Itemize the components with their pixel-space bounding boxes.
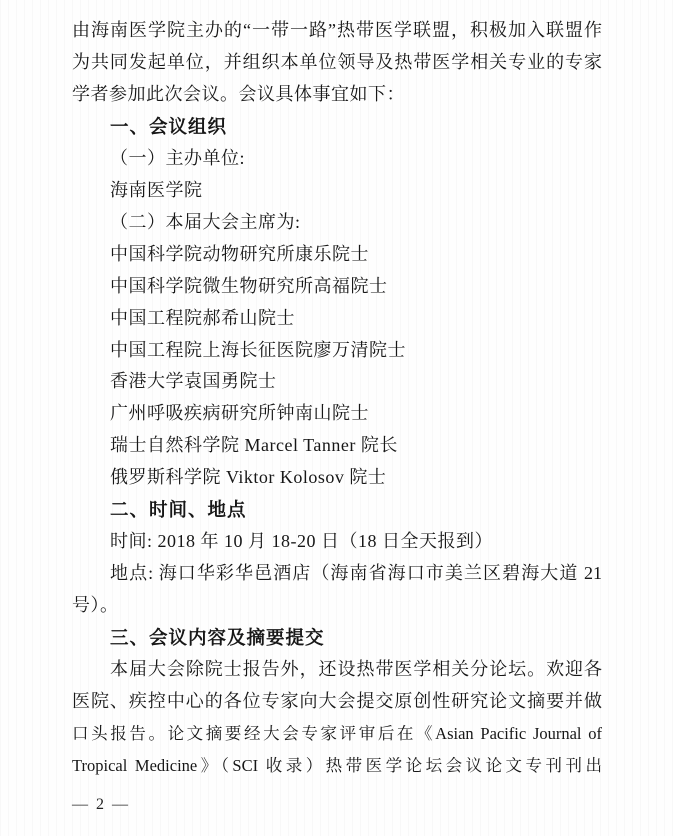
paragraph-line: 由海南医学院主办的“一带一路”热带医学联盟，积极加入联盟作 <box>72 15 602 47</box>
paragraph-line: 学者参加此次会议。会议具体事宜如下： <box>72 79 602 111</box>
section-heading-1: 一、会议组织 <box>72 111 602 143</box>
meeting-location: 地点: 海口华彩华邑酒店（海南省海口市美兰区碧海大道 21 <box>72 558 602 590</box>
page-number: — 2 — <box>72 796 130 814</box>
meeting-time: 时间: 2018 年 10 月 18-20 日（18 日全天报到） <box>72 526 602 558</box>
host-organization: 海南医学院 <box>72 175 602 207</box>
chairman-list-item: 中国科学院动物研究所康乐院士 <box>72 239 602 271</box>
chairman-list-item: 瑞士自然科学院 Marcel Tanner 院长 <box>72 430 602 462</box>
paragraph-line: 医院、疾控中心的各位专家向大会提交原创性研究论文摘要并做 <box>72 686 602 718</box>
chairman-list-item: 中国工程院上海长征医院廖万清院士 <box>72 335 602 367</box>
paragraph-line: 口头报告。论文摘要经大会专家评审后在《Asian Pacific Journal… <box>72 718 602 750</box>
section-heading-2: 二、时间、地点 <box>72 494 602 526</box>
subsection-label: （二）本届大会主席为: <box>72 207 602 239</box>
document-body: 由海南医学院主办的“一带一路”热带医学联盟，积极加入联盟作 为共同发起单位，并组… <box>72 15 602 782</box>
chairman-list-item: 香港大学袁国勇院士 <box>72 366 602 398</box>
paragraph-line: 为共同发起单位，并组织本单位领导及热带医学相关专业的专家 <box>72 47 602 79</box>
chairman-list-item: 中国科学院微生物研究所高福院士 <box>72 271 602 303</box>
chairman-list-item: 广州呼吸疾病研究所钟南山院士 <box>72 398 602 430</box>
subsection-label: （一）主办单位: <box>72 143 602 175</box>
section-heading-3: 三、会议内容及摘要提交 <box>72 622 602 654</box>
meeting-location-continued: 号）。 <box>72 590 602 622</box>
chairman-list-item: 中国工程院郝希山院士 <box>72 303 602 335</box>
chairman-list-item: 俄罗斯科学院 Viktor Kolosov 院士 <box>72 462 602 494</box>
paragraph-line: 本届大会除院士报告外，还设热带医学相关分论坛。欢迎各 <box>72 654 602 686</box>
paragraph-line: Tropical Medicine》（SCI 收录）热带医学论坛会议论文专刊刊出 <box>72 750 602 782</box>
